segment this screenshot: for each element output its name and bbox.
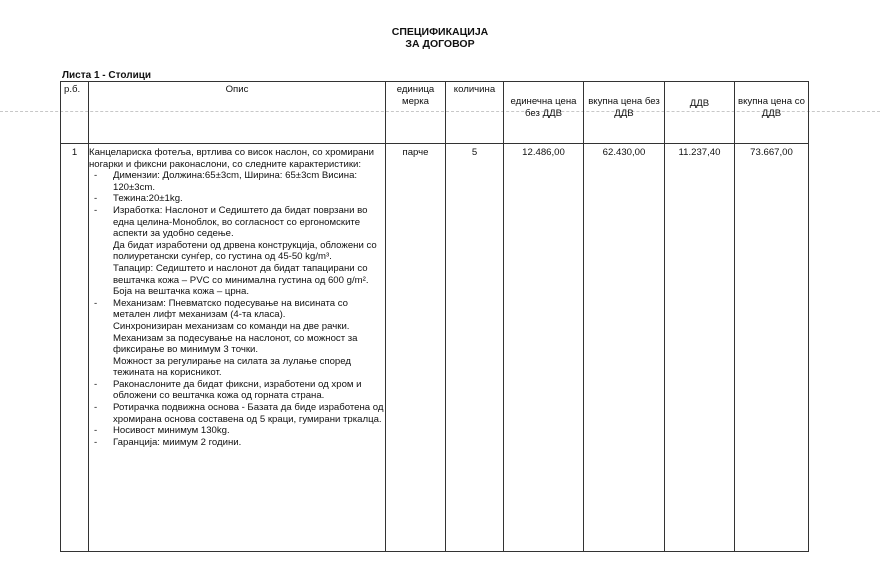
feature-item: Носивост минимум 130kg. — [113, 425, 385, 437]
feature-item: Ротирачка подвижна основа - Базата да би… — [113, 402, 385, 425]
feature-item: Механизам: Пневматско подесување на виси… — [113, 298, 385, 321]
cell-vat: 11.237,40 — [665, 144, 735, 552]
header-total-no-vat: вкупна цена без ДДВ — [584, 82, 665, 144]
feature-item: Раконаслоните да бидат фиксни, изработен… — [113, 379, 385, 402]
feature-item: Гаранција: миимум 2 години. — [113, 437, 385, 449]
cell-rb: 1 — [61, 144, 89, 552]
feature-item: Изработка: Наслонот и Седиштето да бидат… — [113, 205, 385, 240]
cell-unit: парче — [386, 144, 446, 552]
document-title: СПЕЦИФИКАЦИЈА ЗА ДОГОВОР — [0, 26, 880, 50]
feature-item: Димензии: Должина:65±3cm, Ширина: 65±3cm… — [113, 170, 385, 193]
header-vat: ДДВ — [665, 82, 735, 144]
feature-item: Можност за регулирање на силата за лулањ… — [113, 356, 385, 379]
title-line-1: СПЕЦИФИКАЦИЈА — [0, 26, 880, 38]
cell-total-with-vat: 73.667,00 — [735, 144, 809, 552]
header-description: Опис — [89, 82, 386, 144]
cell-unit-price: 12.486,00 — [504, 144, 584, 552]
header-unit-price: единечна цена без ДДВ — [504, 82, 584, 144]
header-rb: р.б. — [61, 82, 89, 144]
header-row: р.б. Опис единица мерка количина единечн… — [61, 82, 809, 144]
header-unit: единица мерка — [386, 82, 446, 144]
feature-item: Тежина:20±1kg. — [113, 193, 385, 205]
header-total-with-vat: вкупна цена со ДДВ — [735, 82, 809, 144]
description-intro: Канцелариска фотеља, вртлива со висок на… — [89, 147, 385, 170]
cell-quantity: 5 — [446, 144, 504, 552]
table-row: 1 Канцелариска фотеља, вртлива со висок … — [61, 144, 809, 552]
title-line-2: ЗА ДОГОВОР — [0, 38, 880, 50]
sheet-label: Листа 1 - Столици — [62, 70, 151, 81]
header-quantity: количина — [446, 82, 504, 144]
feature-list: Димензии: Должина:65±3cm, Ширина: 65±3cm… — [89, 170, 385, 448]
specification-table: р.б. Опис единица мерка количина единечн… — [60, 81, 809, 552]
feature-item: Тапацир: Седиштето и наслонот да бидат т… — [113, 263, 385, 298]
cell-description: Канцелариска фотеља, вртлива со висок на… — [89, 144, 386, 552]
cell-total-no-vat: 62.430,00 — [584, 144, 665, 552]
feature-item: Да бидат изработени од дрвена конструкци… — [113, 240, 385, 263]
feature-item: Синхронизиран механизам со команди на дв… — [113, 321, 385, 356]
